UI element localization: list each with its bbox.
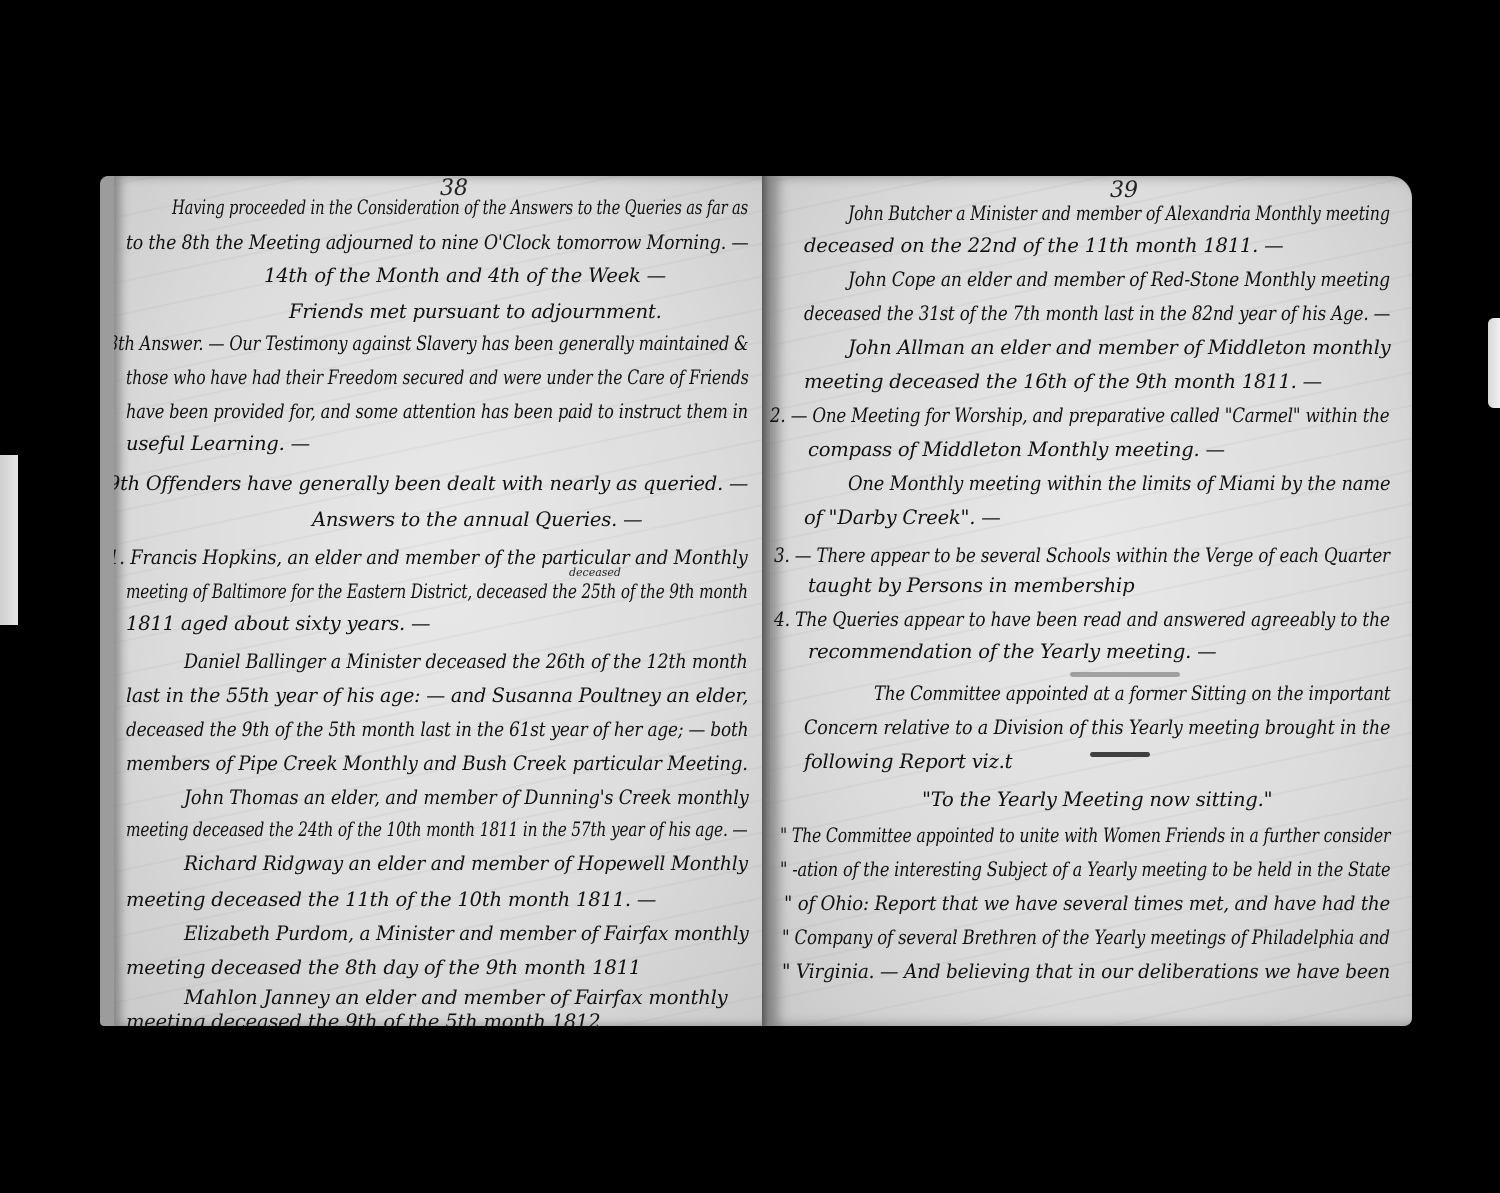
ms-line: meeting deceased the 24th of the 10th mo… [126, 818, 748, 841]
ms-line: 4. The Queries appear to have been read … [774, 608, 1390, 631]
ms-line: John Cope an elder and member of Red-Sto… [848, 268, 1390, 291]
ms-line: deceased the 9th of the 5th month last i… [126, 718, 748, 741]
ink-blot [1070, 672, 1180, 677]
ms-line: members of Pipe Creek Monthly and Bush C… [126, 752, 748, 775]
ms-line: 1811 aged about sixty years. — [126, 612, 430, 635]
ink-blot [1090, 752, 1150, 757]
ms-line: those who have had their Freedom secured… [126, 366, 749, 389]
ms-line: The Committee appointed at a former Sitt… [874, 682, 1390, 705]
ms-line: 9th Offenders have generally been dealt … [108, 472, 748, 495]
ms-quote-line: " Virginia. — And believing that in our … [782, 960, 1390, 983]
ms-line: of "Darby Creek". — [804, 506, 1001, 529]
ms-line: Mahlon Janney an elder and member of Fai… [184, 986, 727, 1009]
ms-line: John Thomas an elder, and member of Dunn… [184, 786, 749, 809]
ms-line: Daniel Ballinger a Minister deceased the… [184, 650, 748, 673]
ms-quote-line: " -ation of the interesting Subject of a… [780, 858, 1390, 881]
ms-line: deceased the 31st of the 7th month last … [804, 302, 1390, 325]
ms-line: to the 8th the Meeting adjourned to nine… [126, 231, 749, 254]
ms-line: meeting of Baltimore for the Eastern Dis… [126, 580, 748, 603]
open-ledger: 38 Having proceeded in the Consideration… [100, 176, 1412, 1026]
ms-line: John Allman an elder and member of Middl… [848, 336, 1390, 359]
ms-line: John Butcher a Minister and member of Al… [848, 202, 1390, 225]
ms-line: meeting deceased the 8th day of the 9th … [126, 956, 641, 979]
ms-heading: "To the Yearly Meeting now sitting." [922, 788, 1272, 811]
ms-quote-line: " Company of several Brethren of the Yea… [782, 926, 1390, 949]
ms-line: recommendation of the Yearly meeting. — [808, 640, 1216, 663]
ms-line: Having proceeded in the Consideration of… [172, 196, 748, 219]
ms-line: deceased on the 22nd of the 11th month 1… [804, 234, 1283, 257]
ms-quote-line: " The Committee appointed to unite with … [780, 824, 1390, 847]
paper-scrap-right [1488, 318, 1500, 408]
ms-line: 2. — One Meeting for Worship, and prepar… [770, 404, 1389, 427]
ms-quote-line: " of Ohio: Report that we have several t… [784, 892, 1390, 915]
page-number-right: 39 [1110, 178, 1138, 203]
ms-line: have been provided for, and some attenti… [126, 400, 748, 423]
ms-line: meeting deceased the 9th of the 5th mont… [126, 1010, 600, 1026]
interlinear-insertion: deceased [569, 566, 621, 579]
paper-scrap-left [0, 455, 18, 625]
ms-heading: Answers to the annual Queries. — [312, 508, 642, 531]
ms-line: following Report viz.t [804, 750, 1012, 773]
ms-line: taught by Persons in membership [808, 574, 1134, 597]
left-page: 38 Having proceeded in the Consideration… [100, 176, 770, 1026]
ms-line: useful Learning. — [126, 432, 310, 455]
ms-line: meeting deceased the 16th of the 9th mon… [804, 370, 1322, 393]
ms-line: 1. Francis Hopkins, an elder and member … [108, 546, 748, 569]
ms-line: Elizabeth Purdom, a Minister and member … [184, 922, 749, 945]
ms-line: Richard Ridgway an elder and member of H… [184, 852, 748, 875]
ms-line: compass of Middleton Monthly meeting. — [808, 438, 1225, 461]
right-page: 39 John Butcher a Minister and member of… [770, 176, 1412, 1026]
ms-line: meeting deceased the 11th of the 10th mo… [126, 888, 656, 911]
ms-line: 3. — There appear to be several Schools … [774, 544, 1390, 567]
ms-line: last in the 55th year of his age: — and … [126, 684, 748, 707]
ms-heading: Friends met pursuant to adjournment. [289, 300, 662, 323]
ms-heading: 14th of the Month and 4th of the Week — [264, 264, 666, 287]
ms-line: Concern relative to a Division of this Y… [804, 716, 1390, 739]
ms-line: One Monthly meeting within the limits of… [848, 472, 1390, 495]
ms-line: 8th Answer. — Our Testimony against Slav… [108, 332, 748, 355]
